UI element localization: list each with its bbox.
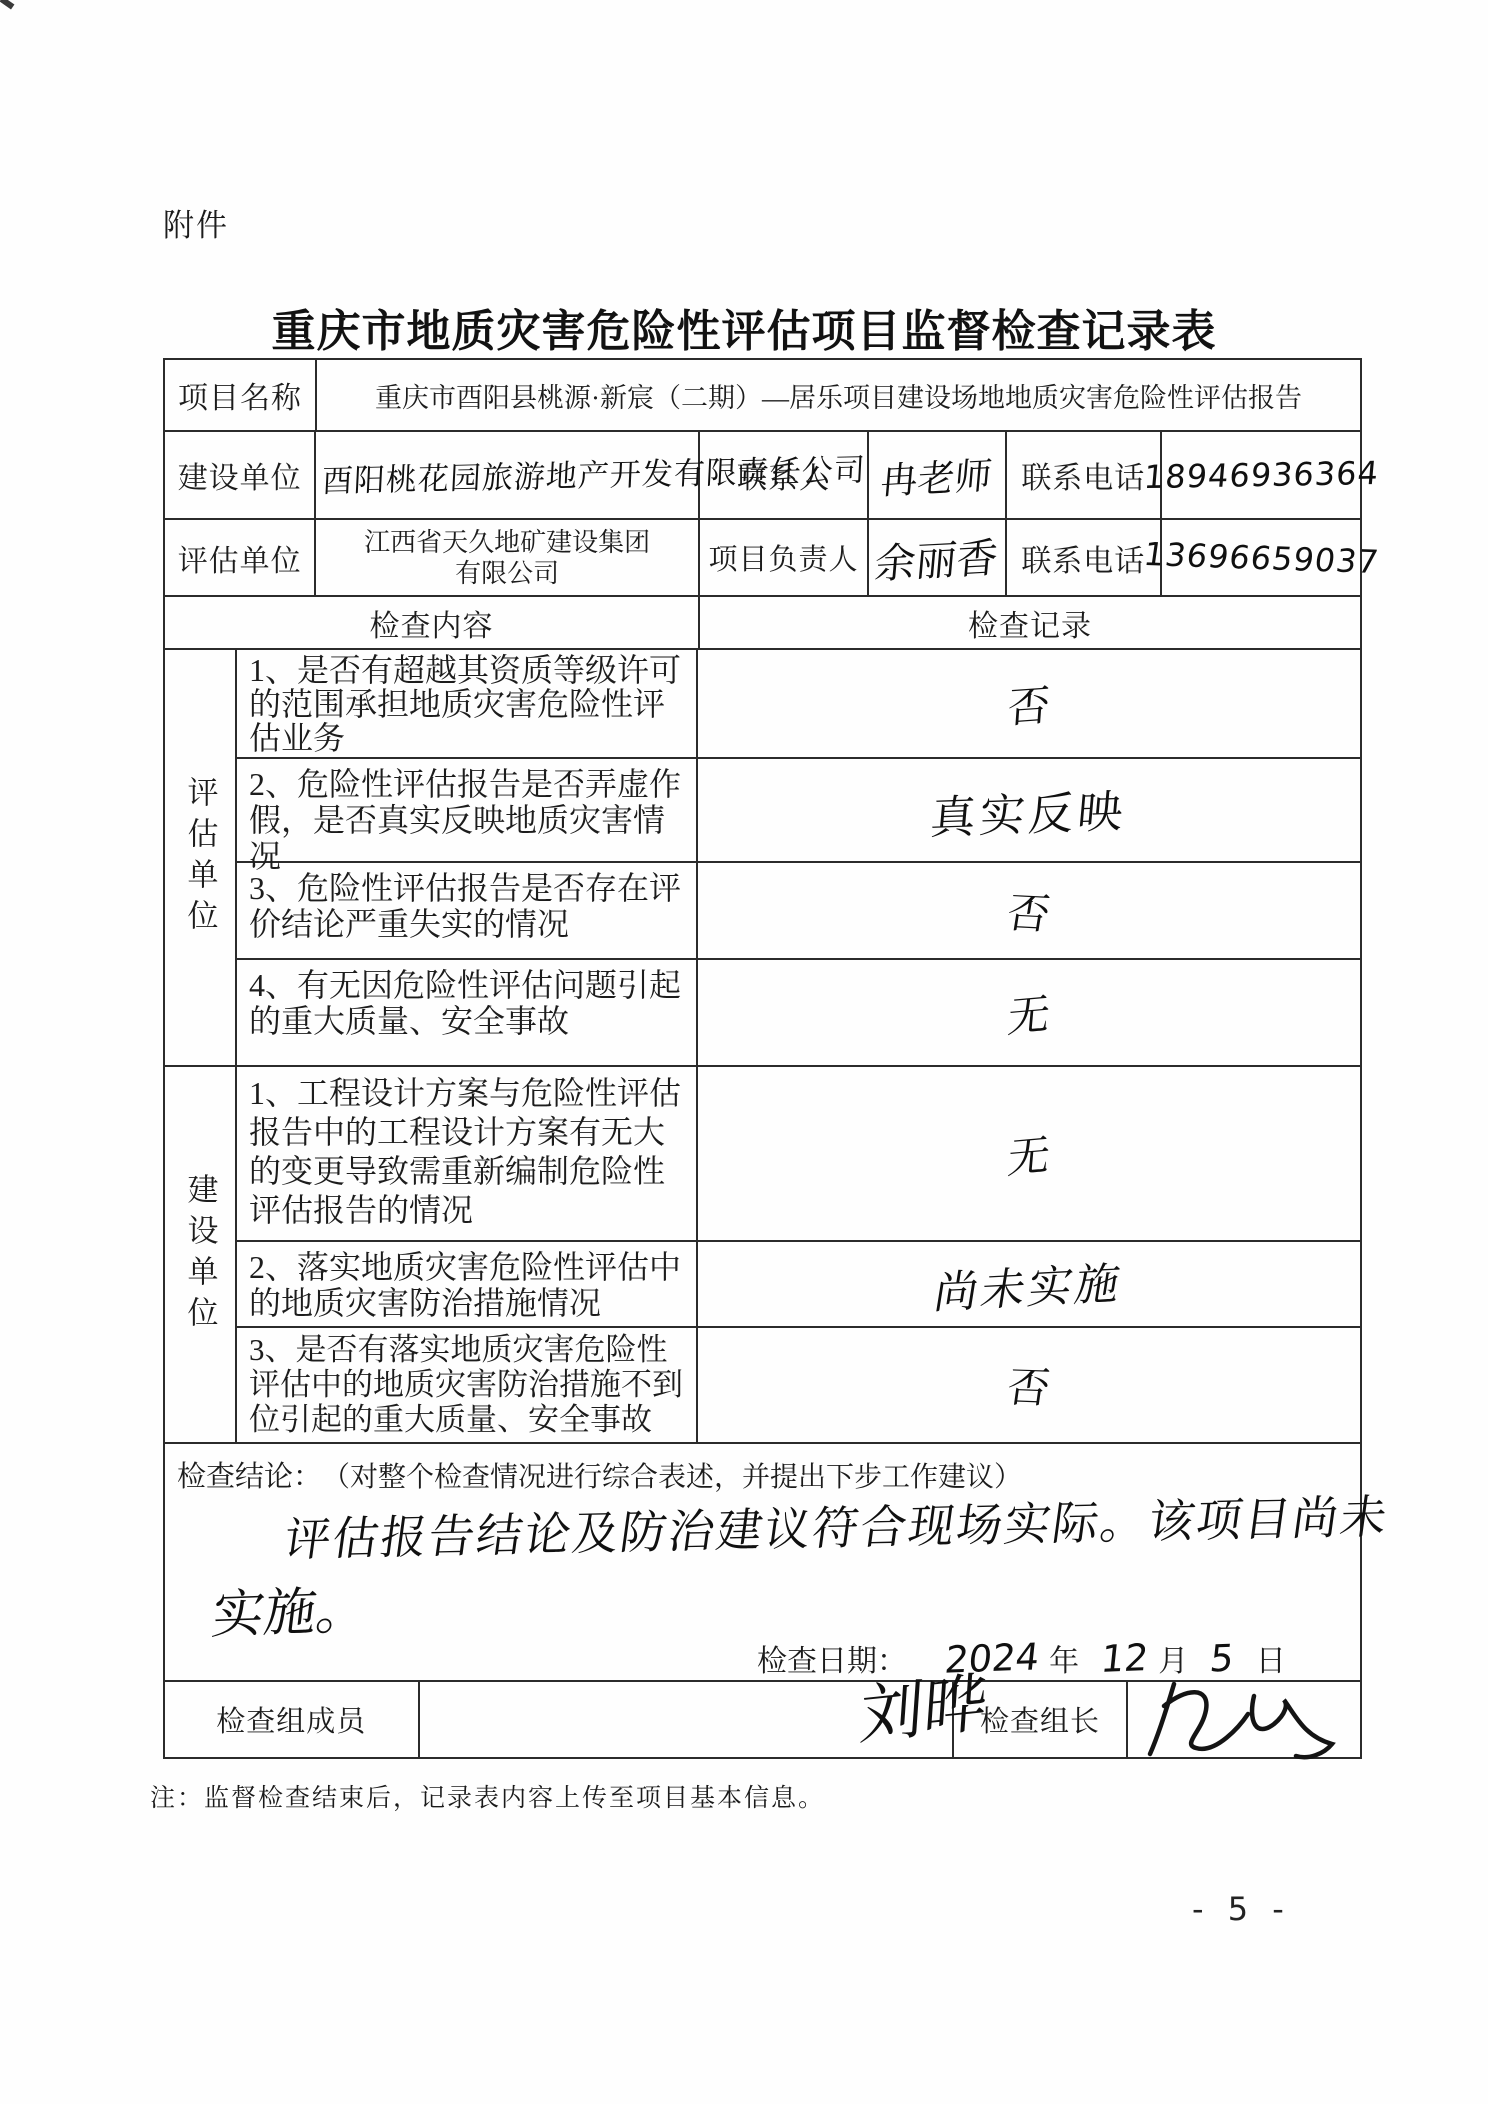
- record-handwriting: 否: [1006, 672, 1052, 735]
- check-row: 4、有无因危险性评估问题引起的重大质量、安全事故 无: [237, 960, 1360, 1067]
- construction-phone-handwriting: 18946936364: [1142, 454, 1380, 496]
- page-number: - 5 -: [1192, 1890, 1291, 1928]
- signature-row: 检查组成员 刘晔 检查组长: [165, 1682, 1360, 1757]
- record-cell: 否: [698, 1328, 1360, 1444]
- question-text: 4、有无因危险性评估问题引起的重大质量、安全事故: [237, 960, 698, 1067]
- construction-unit-value: 酉阳桃花园旅游地产开发有限责任公司: [316, 432, 699, 520]
- question-text: 2、落实地质灾害危险性评估中的地质灾害防治措施情况: [237, 1242, 698, 1328]
- contact-name-value: 冉老师: [869, 432, 1006, 520]
- check-row: 1、工程设计方案与危险性评估报告中的工程设计方案有无大的变更导致需重新编制危险性…: [237, 1067, 1360, 1242]
- inspection-record-table: 项目名称 重庆市酉阳县桃源·新宸（二期）—居乐项目建设场地地质灾害危险性评估报告…: [163, 358, 1362, 1759]
- assessment-phone-handwriting: 13696659037: [1141, 534, 1381, 580]
- question-text: 1、是否有超越其资质等级许可的范围承担地质灾害危险性评估业务: [237, 650, 698, 759]
- project-name-label: 项目名称: [165, 360, 317, 432]
- question-text: 2、危险性评估报告是否弄虚作假，是否真实反映地质灾害情况: [237, 759, 698, 863]
- unit-label-construction-text: 建设单位: [185, 1173, 216, 1337]
- record-cell: 无: [698, 960, 1360, 1067]
- conclusion-label: 检查结论：: [177, 1461, 322, 1493]
- assessment-unit-value: 江西省天久地矿建设集团 有限公司: [316, 520, 699, 597]
- record-handwriting: 否: [1004, 1354, 1054, 1415]
- contact-name-handwriting: 冉老师: [879, 445, 995, 505]
- question-text: 1、工程设计方案与危险性评估报告中的工程设计方案有无大的变更导致需重新编制危险性…: [237, 1067, 698, 1242]
- conclusion-head: 检查结论：（对整个检查情况进行综合表述，并提出下步工作建议）: [177, 1454, 1022, 1495]
- members-signature-cell: 刘晔: [420, 1682, 954, 1757]
- check-row: 3、是否有落实地质灾害危险性评估中的地质灾害防治措施不到位引起的重大质量、安全事…: [237, 1328, 1360, 1444]
- assessment-unit-line2: 有限公司: [455, 558, 559, 589]
- unit-label-construction: 建设单位: [165, 1067, 237, 1444]
- conclusion-row: 检查结论：（对整个检查情况进行综合表述，并提出下步工作建议） 评估报告结论及防治…: [165, 1444, 1360, 1682]
- record-handwriting: 无: [1005, 980, 1052, 1044]
- record-cell: 尚未实施: [698, 1242, 1360, 1328]
- question-rows: 1、是否有超越其资质等级许可的范围承担地质灾害危险性评估业务 否 2、危险性评估…: [237, 650, 1360, 1444]
- check-header-row: 检查内容 检查记录: [165, 597, 1360, 650]
- leader-signature-cell: [1128, 1682, 1360, 1757]
- unit-label-assessment-text: 评估单位: [185, 776, 216, 940]
- date-year-unit: 年: [1049, 1636, 1079, 1680]
- scan-artifact: [0, 0, 14, 9]
- question-text: 3、是否有落实地质灾害危险性评估中的地质灾害防治措施不到位引起的重大质量、安全事…: [237, 1328, 698, 1444]
- members-label: 检查组成员: [165, 1682, 420, 1757]
- assessment-unit-row: 评估单位 江西省天久地矿建设集团 有限公司 项目负责人 余丽香 联系电话 136…: [165, 520, 1360, 597]
- assessment-unit-line1: 江西省天久地矿建设集团: [364, 527, 650, 558]
- check-body: 评估单位 建设单位 1、是否有超越其资质等级许可的范围承担地质灾害危险性评估业务…: [165, 650, 1360, 1444]
- project-name-row: 项目名称 重庆市酉阳县桃源·新宸（二期）—居乐项目建设场地地质灾害危险性评估报告: [165, 360, 1360, 432]
- conclusion-hint: （对整个检查情况进行综合表述，并提出下步工作建议）: [336, 1462, 1022, 1493]
- scanned-form-page: 附件 重庆市地质灾害危险性评估项目监督检查记录表 项目名称 重庆市酉阳县桃源·新…: [0, 0, 1488, 2104]
- construction-unit-label: 建设单位: [165, 432, 316, 520]
- record-handwriting: 无: [1005, 1121, 1052, 1185]
- conclusion-handwriting-line2: 实施。: [208, 1567, 373, 1648]
- footnote: 注：监督检查结束后，记录表内容上传至项目基本信息。: [150, 1778, 825, 1814]
- record-handwriting: 否: [1003, 880, 1054, 942]
- check-row: 2、落实地质灾害危险性评估中的地质灾害防治措施情况 尚未实施: [237, 1242, 1360, 1328]
- assessment-phone-value: 13696659037: [1162, 520, 1360, 597]
- attachment-label: 附件: [163, 200, 229, 245]
- construction-phone-label: 联系电话: [1007, 432, 1162, 520]
- record-handwriting: 真实反映: [928, 774, 1130, 846]
- member-signature-handwriting: 刘晔: [857, 1651, 991, 1758]
- unit-label-assessment: 评估单位: [165, 650, 237, 1067]
- check-record-header: 检查记录: [700, 597, 1360, 650]
- project-leader-handwriting: 余丽香: [873, 525, 1001, 591]
- check-content-header: 检查内容: [165, 597, 700, 650]
- leader-signature-scribble: [1136, 1666, 1352, 1776]
- project-leader-value: 余丽香: [869, 520, 1006, 597]
- record-cell: 无: [698, 1067, 1360, 1242]
- record-handwriting: 尚未实施: [930, 1247, 1128, 1321]
- form-title: 重庆市地质灾害危险性评估项目监督检查记录表: [0, 295, 1488, 359]
- unit-label-column: 评估单位 建设单位: [165, 650, 237, 1444]
- check-row: 1、是否有超越其资质等级许可的范围承担地质灾害危险性评估业务 否: [237, 650, 1360, 759]
- project-leader-label: 项目负责人: [700, 520, 869, 597]
- construction-phone-value: 18946936364: [1162, 432, 1360, 520]
- record-cell: 真实反映: [698, 759, 1360, 863]
- question-text: 3、危险性评估报告是否存在评价结论严重失实的情况: [237, 863, 698, 960]
- check-row: 3、危险性评估报告是否存在评价结论严重失实的情况 否: [237, 863, 1360, 960]
- project-name-value: 重庆市酉阳县桃源·新宸（二期）—居乐项目建设场地地质灾害危险性评估报告: [317, 360, 1360, 432]
- construction-unit-row: 建设单位 酉阳桃花园旅游地产开发有限责任公司 联系人 冉老师 联系电话 1894…: [165, 432, 1360, 520]
- assessment-unit-label: 评估单位: [165, 520, 316, 597]
- record-cell: 否: [698, 863, 1360, 960]
- assessment-phone-label: 联系电话: [1007, 520, 1162, 597]
- check-row: 2、危险性评估报告是否弄虚作假，是否真实反映地质灾害情况 真实反映: [237, 759, 1360, 863]
- record-cell: 否: [698, 650, 1360, 759]
